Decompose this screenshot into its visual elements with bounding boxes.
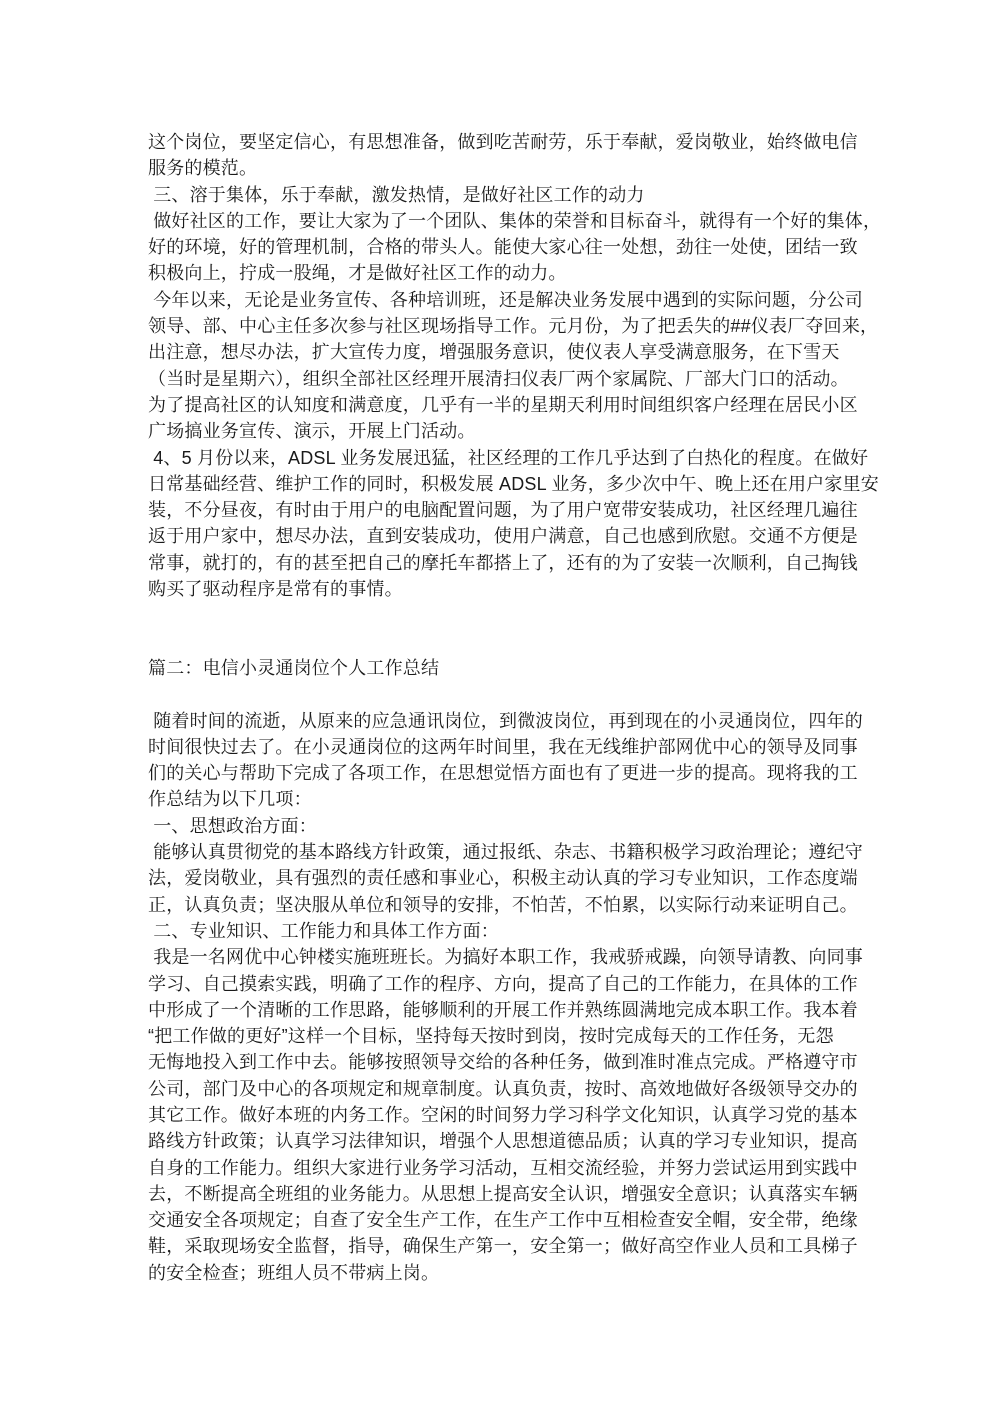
text-line: 广场搞业务宣传、演示，开展上门活动。	[148, 418, 878, 444]
text-line: 时间很快过去了。在小灵通岗位的这两年时间里，我在无线维护部网优中心的领导及同事	[148, 734, 878, 760]
text-line: 4、5 月份以来，ADSL 业务发展迅猛，社区经理的工作几乎达到了白热化的程度。…	[148, 445, 878, 471]
text-line: 为了提高社区的认知度和满意度，几乎有一半的星期天利用时间组织客户经理在居民小区	[148, 392, 878, 418]
text-line: 购买了驱动程序是常有的事情。	[148, 576, 878, 602]
text-line: 路线方针政策；认真学习法律知识，增强个人思想道德品质；认真的学习专业知识，提高	[148, 1128, 878, 1154]
blank-line	[148, 681, 878, 707]
text-line: 这个岗位，要坚定信心，有思想准备，做到吃苦耐劳，乐于奉献，爱岗敬业，始终做电信	[148, 129, 878, 155]
text-line: 无悔地投入到工作中去。能够按照领导交给的各种任务，做到准时准点完成。严格遵守市	[148, 1049, 878, 1075]
text-block: 这个岗位，要坚定信心，有思想准备，做到吃苦耐劳，乐于奉献，爱岗敬业，始终做电信服…	[148, 129, 878, 1286]
text-line: 其它工作。做好本班的内务工作。空闲的时间努力学习科学文化知识，认真学习党的基本	[148, 1102, 878, 1128]
text-line: “把工作做的更好”这样一个目标，坚持每天按时到岗，按时完成每天的工作任务，无怨	[148, 1023, 878, 1049]
text-line: 今年以来，无论是业务宣传、各种培训班，还是解决业务发展中遇到的实际问题，分公司	[148, 287, 878, 313]
text-line: 好的环境，好的管理机制，合格的带头人。能使大家心往一处想，劲往一处使，团结一致	[148, 234, 878, 260]
document-page: 这个岗位，要坚定信心，有思想准备，做到吃苦耐劳，乐于奉献，爱岗敬业，始终做电信服…	[0, 0, 1000, 1415]
blank-line	[148, 602, 878, 628]
text-line: 三、溶于集体，乐于奉献，激发热情，是做好社区工作的动力	[148, 182, 878, 208]
text-line: 领导、部、中心主任多次参与社区现场指导工作。元月份，为了把丢失的##仪表厂夺回来…	[148, 313, 878, 339]
text-line: 正，认真负责；坚决服从单位和领导的安排，不怕苦，不怕累，以实际行动来证明自己。	[148, 892, 878, 918]
text-line: 公司，部门及中心的各项规定和规章制度。认真负责，按时、高效地做好各级领导交办的	[148, 1076, 878, 1102]
text-line: 装，不分昼夜，有时由于用户的电脑配置问题，为了用户宽带安装成功，社区经理几遍往	[148, 497, 878, 523]
text-line: 我是一名网优中心钟楼实施班班长。为搞好本职工作，我戒骄戒躁，向领导请教、向同事	[148, 944, 878, 970]
text-line: 学习、自己摸索实践，明确了工作的程序、方向，提高了自己的工作能力，在具体的工作	[148, 971, 878, 997]
text-line: 一、思想政治方面：	[148, 813, 878, 839]
text-line: 们的关心与帮助下完成了各项工作，在思想觉悟方面也有了更进一步的提高。现将我的工	[148, 760, 878, 786]
text-line: 作总结为以下几项：	[148, 786, 878, 812]
text-line: 随着时间的流逝，从原来的应急通讯岗位，到微波岗位，再到现在的小灵通岗位，四年的	[148, 708, 878, 734]
text-line: 服务的模范。	[148, 155, 878, 181]
text-line: 返于用户家中，想尽办法，直到安装成功，使用户满意，自己也感到欣慰。交通不方便是	[148, 523, 878, 549]
text-line: 日常基础经营、维护工作的同时，积极发展 ADSL 业务，多少次中午、晚上还在用户…	[148, 471, 878, 497]
text-line: 的安全检查；班组人员不带病上岗。	[148, 1260, 878, 1286]
text-line: 出注意，想尽办法，扩大宣传力度，增强服务意识，使仪表人享受满意服务，在下雪天	[148, 339, 878, 365]
text-line: 做好社区的工作，要让大家为了一个团队、集体的荣誉和目标奋斗，就得有一个好的集体，	[148, 208, 878, 234]
text-line: 法，爱岗敬业，具有强烈的责任感和事业心，积极主动认真的学习专业知识，工作态度端	[148, 865, 878, 891]
text-line: 鞋，采取现场安全监督，指导，确保生产第一，安全第一；做好高空作业人员和工具梯子	[148, 1233, 878, 1259]
text-line: 去，不断提高全班组的业务能力。从思想上提高安全认识，增强安全意识；认真落实车辆	[148, 1181, 878, 1207]
text-line: 积极向上，拧成一股绳，才是做好社区工作的动力。	[148, 260, 878, 286]
text-line: 能够认真贯彻党的基本路线方针政策，通过报纸、杂志、书籍积极学习政治理论；遵纪守	[148, 839, 878, 865]
text-line: 篇二：电信小灵通岗位个人工作总结	[148, 655, 878, 681]
blank-line	[148, 629, 878, 655]
text-line: （当时是星期六），组织全部社区经理开展清扫仪表厂两个家属院、厂部大门口的活动。	[148, 366, 878, 392]
text-line: 中形成了一个清晰的工作思路，能够顺利的开展工作并熟练圆满地完成本职工作。我本着	[148, 997, 878, 1023]
text-line: 常事，就打的，有的甚至把自己的摩托车都搭上了，还有的为了安装一次顺利，自己掏钱	[148, 550, 878, 576]
text-line: 自身的工作能力。组织大家进行业务学习活动，互相交流经验，并努力尝试运用到实践中	[148, 1155, 878, 1181]
text-line: 交通安全各项规定；自查了安全生产工作，在生产工作中互相检查安全帽，安全带，绝缘	[148, 1207, 878, 1233]
text-line: 二、专业知识、工作能力和具体工作方面：	[148, 918, 878, 944]
